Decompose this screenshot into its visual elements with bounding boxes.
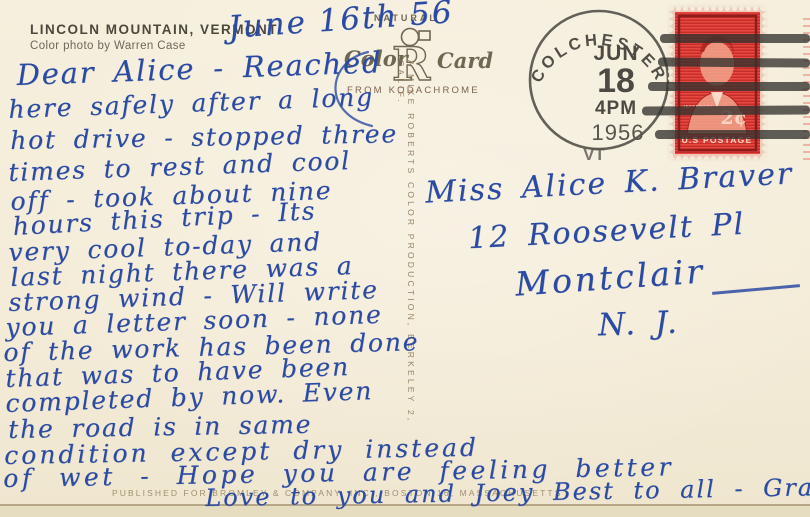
cancellation-bar bbox=[658, 57, 810, 67]
logo-card-word: Card bbox=[437, 48, 493, 73]
postcard-back: LINCOLN MOUNTAIN, VERMONT Color photo by… bbox=[0, 0, 810, 517]
address-state: N. J. bbox=[597, 305, 679, 344]
postmark-year: 1956 bbox=[592, 120, 645, 145]
address-underline-flourish bbox=[712, 284, 800, 294]
cancellation-bar bbox=[648, 82, 810, 91]
publisher-side-imprint: A MIKE ROBERTS COLOR PRODUCTION, BERKELE… bbox=[396, 60, 416, 470]
postmark-time: 4PM bbox=[595, 98, 637, 119]
postmark-day: 18 bbox=[597, 62, 635, 100]
stamp-perforation-top bbox=[668, 5, 767, 12]
address-recipient: Miss Alice K. Braver bbox=[424, 156, 794, 210]
postmark-state: VT bbox=[583, 145, 605, 164]
address-city: Montclair bbox=[514, 251, 706, 303]
cancellation-bar bbox=[655, 130, 810, 139]
address-street: 12 Roosevelt Pl bbox=[467, 207, 746, 256]
photo-credit: Color photo by Warren Case bbox=[30, 40, 186, 52]
cancellation-bar bbox=[660, 34, 810, 43]
cancellation-bar bbox=[642, 105, 810, 115]
